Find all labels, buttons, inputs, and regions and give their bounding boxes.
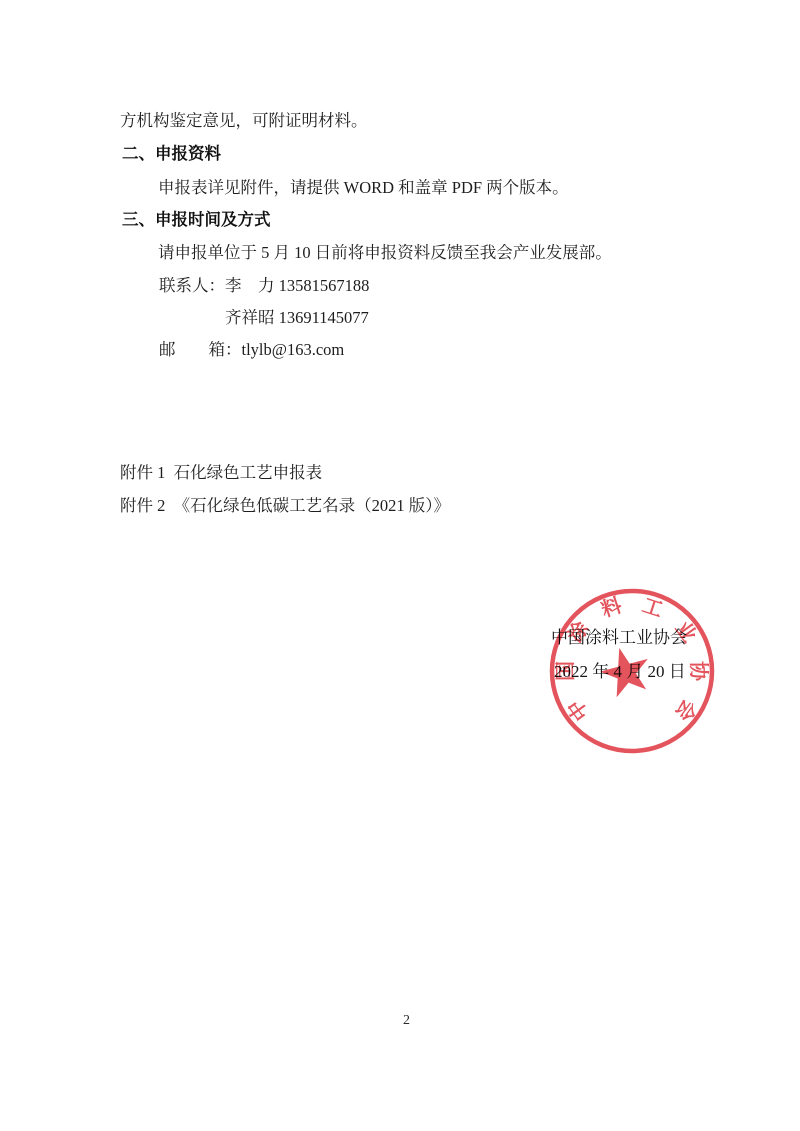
attachment-1-line: 附件 1 石化绿色工艺申报表 [120, 464, 322, 483]
signature-organization: 中国涂料工业协会 [551, 628, 687, 648]
seal-char: 中 [562, 695, 593, 725]
contact-person-line2: 齐祥昭 13691145077 [225, 309, 369, 328]
section3-body: 请申报单位于 5 月 10 日前将申报资料反馈至我会产业发展部。 [158, 244, 612, 263]
section3-heading: 三、申报时间及方式 [122, 211, 271, 230]
seal-char: 料 [598, 593, 624, 622]
attachment-2-line: 附件 2 《石化绿色低碳工艺名录（2021 版）》 [120, 497, 450, 516]
seal-char: 协 [687, 661, 711, 682]
seal-ring-text: 中 国 涂 料 工 业 协 会 [554, 593, 711, 726]
signature-date: 2022 年 4 月 20 日 [554, 662, 686, 682]
intro-paragraph-line: 方机构鉴定意见，可附证明材料。 [120, 112, 368, 131]
seal-char: 工 [639, 595, 665, 622]
section2-heading: 二、申报资料 [122, 145, 221, 164]
document-page: 方机构鉴定意见，可附证明材料。 二、申报资料 申报表详见附件，请提供 WORD … [0, 0, 800, 1131]
seal-char: 会 [671, 695, 702, 725]
page-number: 2 [403, 1013, 410, 1029]
contact-person-line: 联系人：李 力 13581567188 [159, 277, 369, 296]
contact-email-line: 邮 箱：tlylb@163.com [159, 341, 344, 360]
section2-body: 申报表详见附件，请提供 WORD 和盖章 PDF 两个版本。 [158, 179, 569, 198]
